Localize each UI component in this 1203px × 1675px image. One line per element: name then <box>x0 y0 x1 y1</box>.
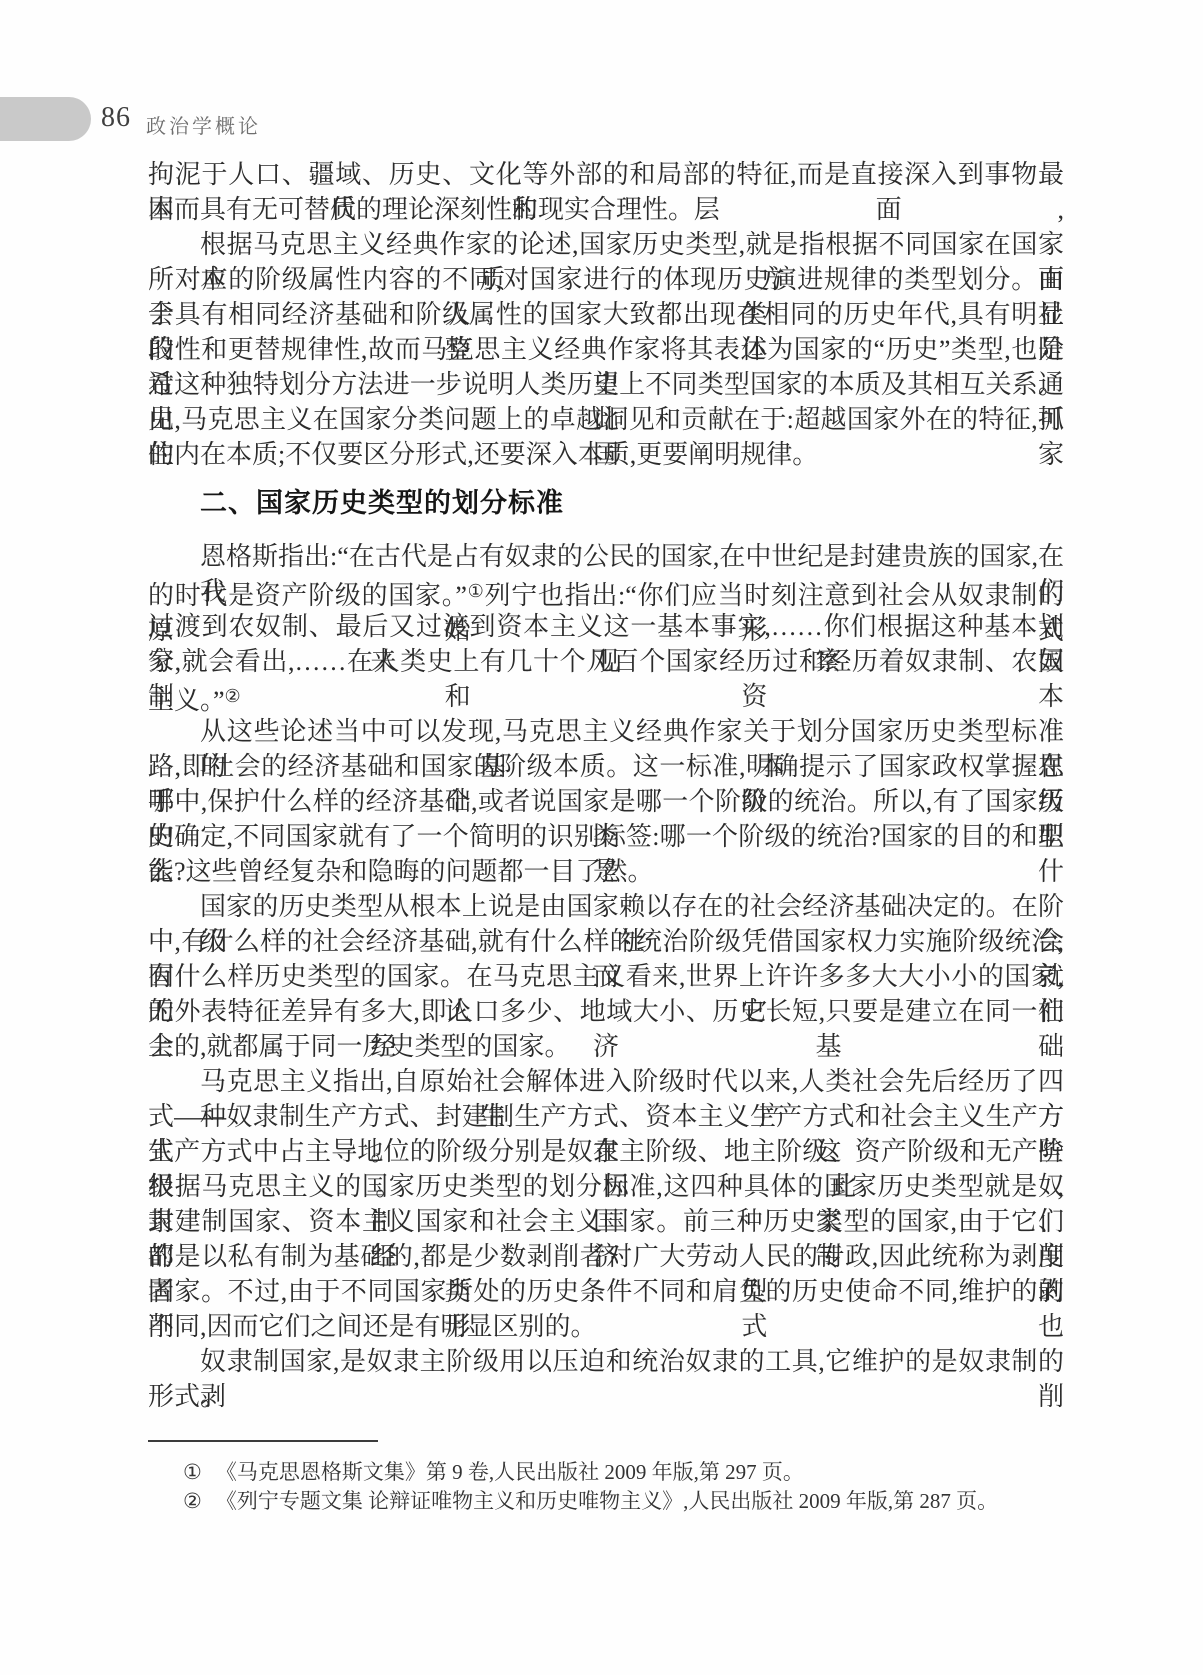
text-line: 国家。不过,由于不同国家所处的历史条件不同和肩负的历史使命不同,维护的剥削形式也 <box>148 1274 1064 1309</box>
text-line: 会具有相同经济基础和阶级属性的国家大致都出现在相同的历史年代,具有明显的整体阶 <box>148 297 1064 332</box>
text-line: 恩格斯指出:“在古代是占有奴隶的公民的国家,在中世纪是封建贵族的国家,在我们 <box>148 539 1064 574</box>
text-line: 过渡到农奴制、最后又过渡到资本主义这一基本事实,……你们根据这种基本划分来观察国 <box>148 609 1064 644</box>
text-line: 封建制国家、资本主义国家和社会主义国家。前三种历史类型的国家,由于它们的经济制度 <box>148 1204 1064 1239</box>
footnote-text: 《列宁专题文集 论辩证唯物主义和历史唯物主义》,人民出版社 2009 年版,第 … <box>216 1489 998 1513</box>
footnote-marker: ② <box>183 1489 202 1513</box>
text-line: 根据马克思主义经典作家的论述,国家历史类型,就是指根据不同国家在国家本质方面 <box>148 227 1064 262</box>
body-text: 拘泥于人口、疆域、历史、文化等外部的和局部的特征,而是直接深入到事物最本质的层面… <box>148 157 1064 1516</box>
text-line: 式——奴隶制生产方式、封建制生产方式、资本主义生产方式和社会主义生产方式。在这些 <box>148 1099 1064 1134</box>
text-line: 中,有什么样的社会经济基础,就有什么样的统治阶级凭借国家权力实施阶级统治,因而就 <box>148 924 1064 959</box>
footnote-ref-2: ② <box>225 686 241 706</box>
text-line: 都是以私有制为基础的,都是少数剥削者对广大劳动人民的专政,因此统称为剥削者类型的 <box>148 1239 1064 1274</box>
text-line: 的外表特征差异有多大,即人口多少、地域大小、历史长短,只要是建立在同一社会经济基… <box>148 994 1064 1029</box>
footnote: ②《列宁专题文集 论辩证唯物主义和历史唯物主义》,人民出版社 2009 年版,第… <box>148 1487 1064 1516</box>
quote-text: 主义。” <box>148 686 225 715</box>
text-line: 家,就会看出,……在人类史上有几十个几百个国家经历过和经历着奴隶制、农奴制和资本 <box>148 644 1064 679</box>
text-line: 国家的历史类型从根本上说是由国家赖以存在的社会经济基础决定的。在阶级社会 <box>148 889 1064 924</box>
text-line: 见,马克思主义在国家分类问题上的卓越洞见和贡献在于:超越国家外在的特征,抓住国家 <box>148 402 1064 437</box>
footnote-ref-1: ① <box>467 581 485 601</box>
text-line: 从这些论述当中可以发现,马克思主义经典作家关于划分国家历史类型标准的基本思 <box>148 714 1064 749</box>
book-page: 86 政治学概论 拘泥于人口、疆域、历史、文化等外部的和局部的特征,而是直接深入… <box>0 0 1203 1675</box>
footnote-marker: ① <box>183 1460 202 1484</box>
text-line: 所对应的阶级属性内容的不同,对国家进行的体现历史演进规律的类型划分。由于人类社 <box>148 262 1064 297</box>
page-margin-tab <box>0 97 91 141</box>
page-number: 86 <box>101 102 131 134</box>
text-line: 的确定,不同国家就有了一个简明的识别标签:哪一个阶级的统治?国家的目的和职能是什 <box>148 819 1064 854</box>
text-line: 生产方式中占主导地位的阶级分别是奴隶主阶级、地主阶级、资产阶级和无产阶级。因此, <box>148 1134 1064 1169</box>
text-line: 段性和更替规律性,故而马克思主义经典作家将其表述为国家的“历史”类型,也是希望通 <box>148 332 1064 367</box>
text-line: 路,即社会的经济基础和国家的阶级本质。这一标准,明确提示了国家政权掌握在哪个阶级 <box>148 749 1064 784</box>
text-line: 手中,保护什么样的经济基础,或者说国家是哪一个阶级的统治。所以,有了国家历史类型 <box>148 784 1064 819</box>
footnote-text: 《马克思恩格斯文集》第 9 卷,人民出版社 2009 年版,第 297 页。 <box>216 1460 804 1484</box>
text-line: 的时代是资产阶级的国家。”①列宁也指出:“你们应当时刻注意到社会从奴隶制的原始形… <box>148 574 1064 609</box>
text-line: 奴隶制国家,是奴隶主阶级用以压迫和统治奴隶的工具,它维护的是奴隶制的剥削 <box>148 1344 1064 1379</box>
footnote-separator <box>148 1440 378 1442</box>
text-line: 过这种独特划分方法进一步说明人类历史上不同类型国家的本质及其相互关系。由此可 <box>148 367 1064 402</box>
text-line: 根据马克思主义的国家历史类型的划分标准,这四种具体的国家历史类型就是奴隶制国家、 <box>148 1169 1064 1204</box>
quote-text: 的时代是资产阶级的国家。” <box>148 581 467 610</box>
footnote: ①《马克思恩格斯文集》第 9 卷,人民出版社 2009 年版,第 297 页。 <box>148 1458 1064 1487</box>
text-line: 有什么样历史类型的国家。在马克思主义看来,世界上许许多多大大小小的国家,无论它们 <box>148 959 1064 994</box>
text-line: 马克思主义指出,自原始社会解体进入阶级时代以来,人类社会先后经历了四种生产方 <box>148 1064 1064 1099</box>
book-title: 政治学概论 <box>146 110 261 139</box>
text-line: 拘泥于人口、疆域、历史、文化等外部的和局部的特征,而是直接深入到事物最本质的层面… <box>148 157 1064 192</box>
section-heading: 二、国家历史类型的划分标准 <box>200 486 1064 521</box>
